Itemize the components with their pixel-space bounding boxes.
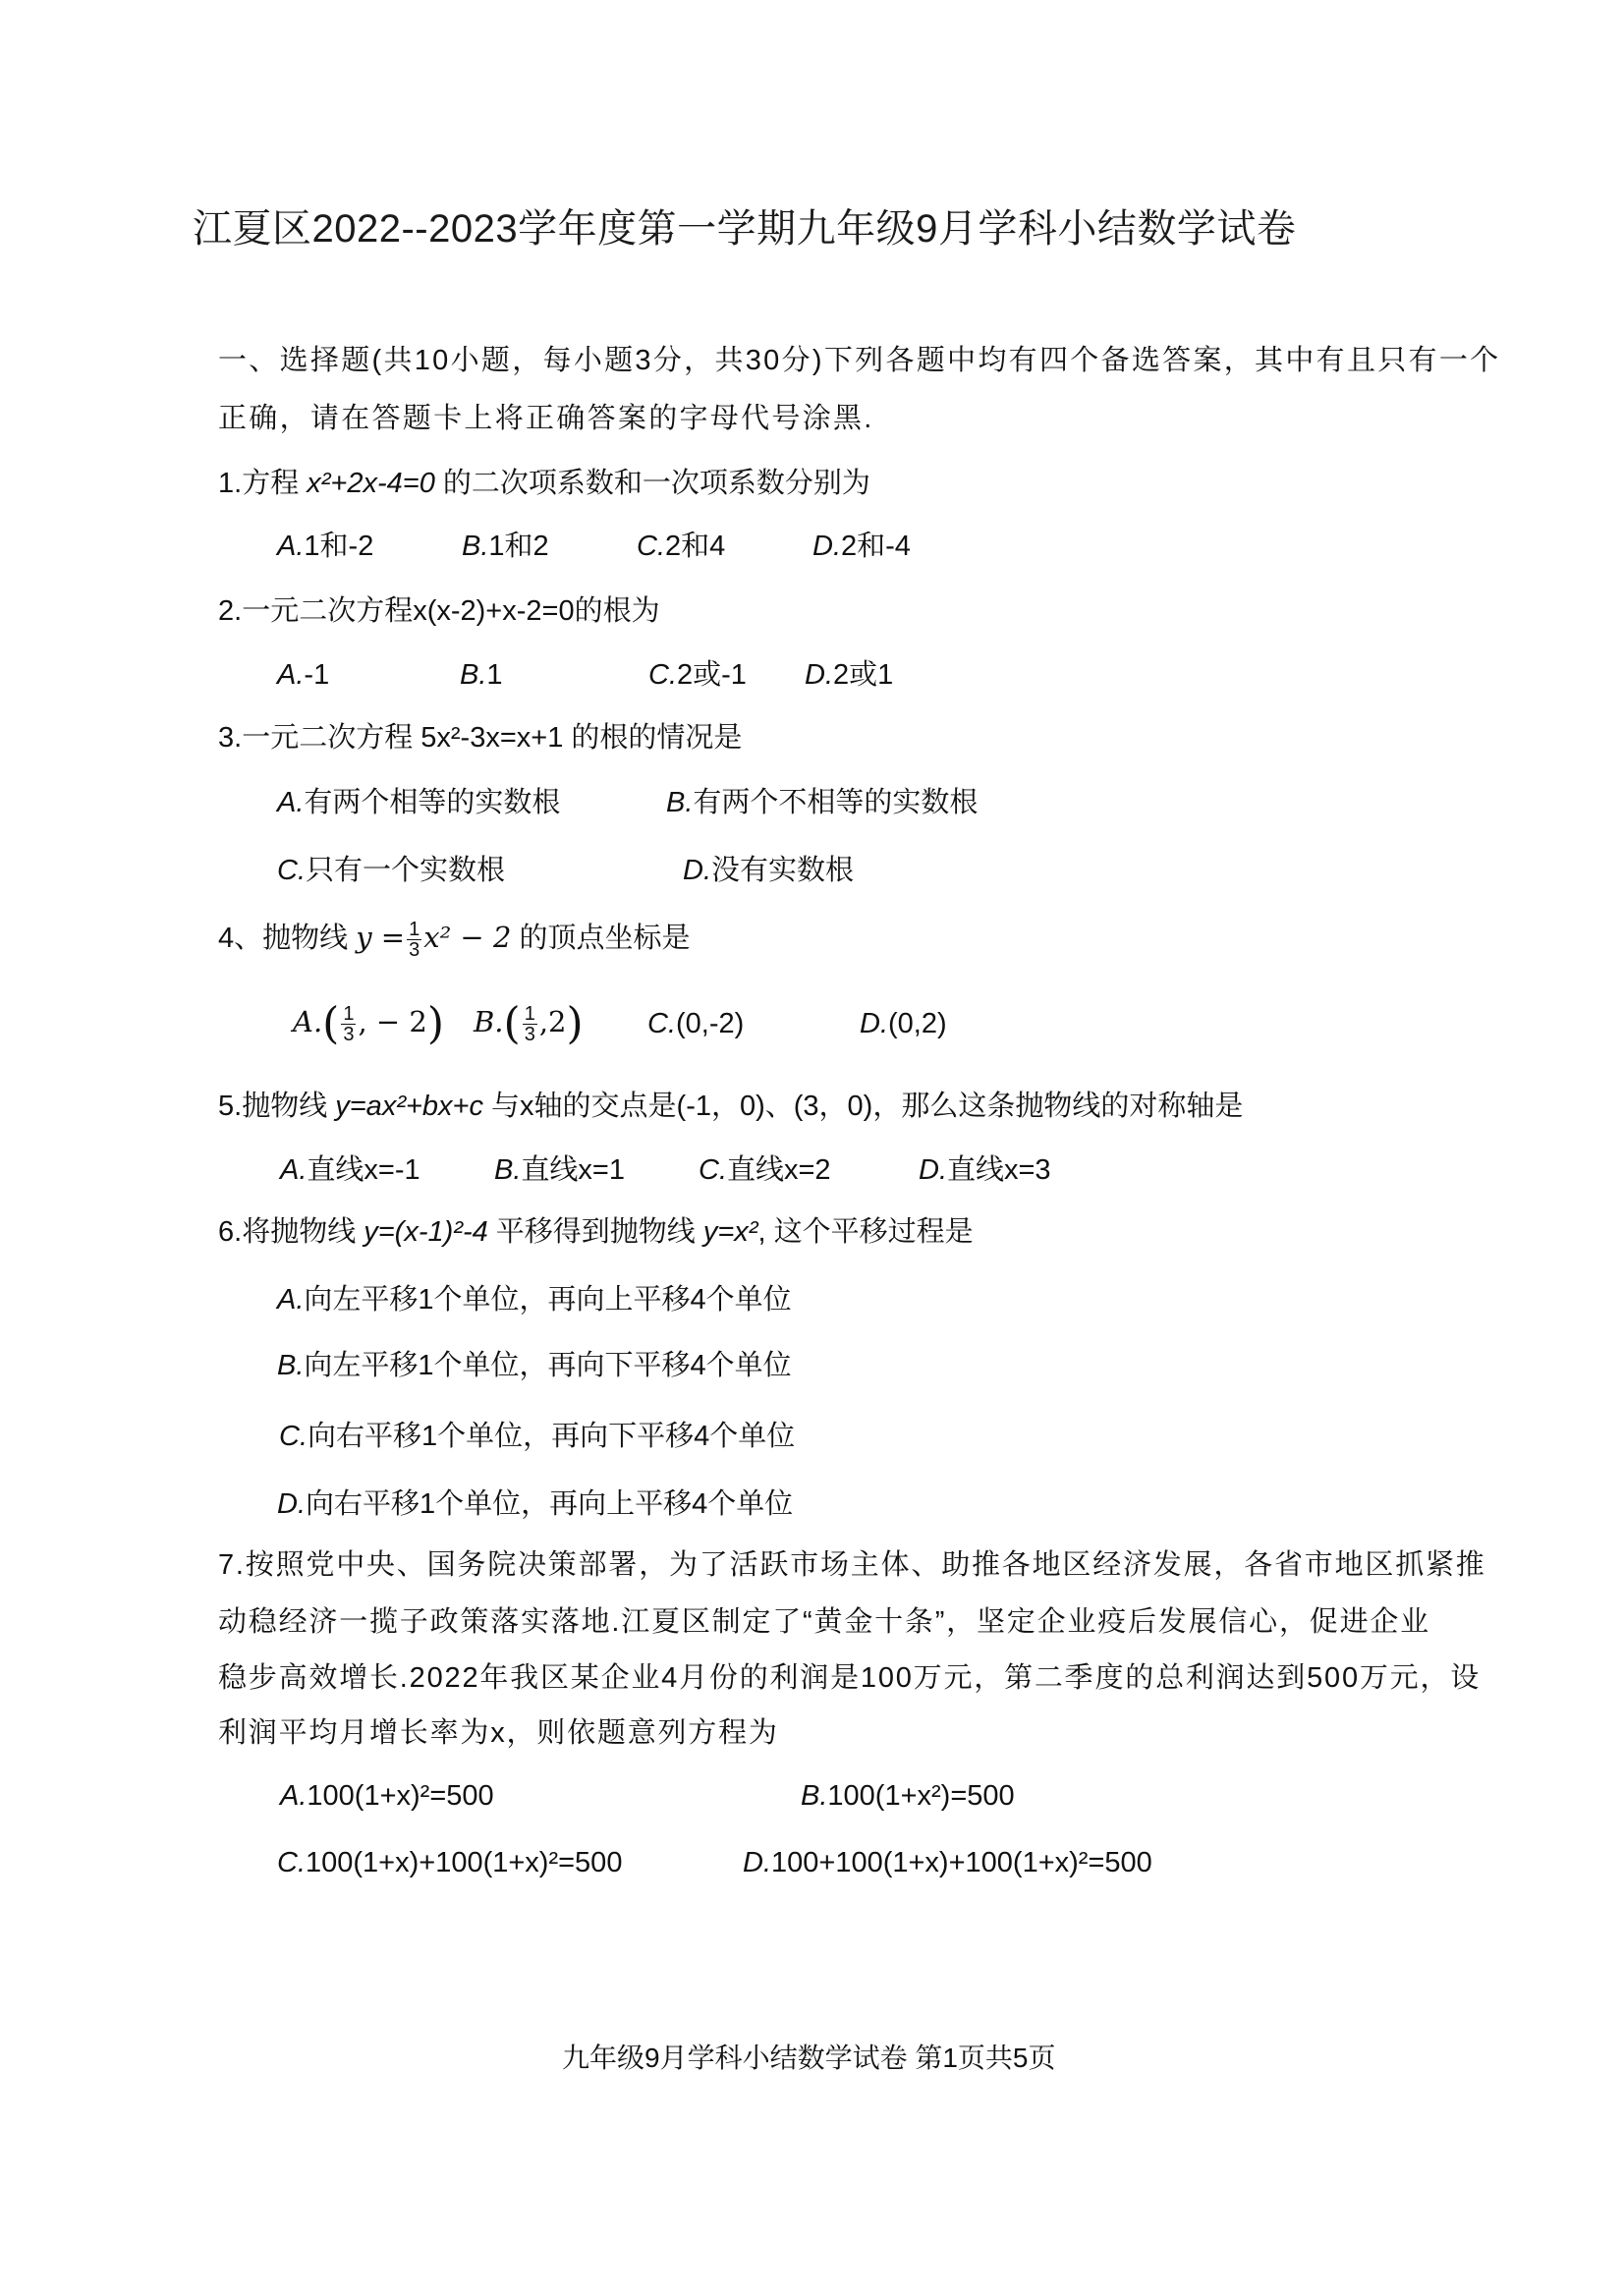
option-text: 有两个不相等的实数根 xyxy=(693,787,978,818)
question-5-option-b[interactable]: B.直线x=1 xyxy=(494,1150,625,1190)
question-number: 5. xyxy=(218,1091,242,1122)
question-number: 2. xyxy=(218,595,242,627)
question-1-option-d[interactable]: D.2和-4 xyxy=(812,527,911,566)
question-1-option-c[interactable]: C.2和4 xyxy=(637,527,725,566)
option-text: 直线x=2 xyxy=(727,1154,831,1186)
option-letter: A. xyxy=(277,787,304,818)
option-text: -1 xyxy=(304,659,329,691)
equation: y=x² xyxy=(703,1216,758,1248)
option-text: 向右平移1个单位，再向下平移4个单位 xyxy=(308,1421,795,1452)
option-letter: B. xyxy=(460,659,486,691)
option-letter: C. xyxy=(637,531,665,562)
option-letter: C. xyxy=(699,1154,727,1186)
question-number: 7. xyxy=(218,1549,246,1581)
question-1-option-a[interactable]: A.1和-2 xyxy=(277,527,373,566)
equation: 5x²-3x=x+1 xyxy=(420,722,563,754)
option-text: (0,2) xyxy=(888,1008,947,1039)
option-letter: B. xyxy=(801,1780,827,1812)
question-3-stem: 3.一元二次方程 5x²-3x=x+1 的根的情况是 xyxy=(218,718,742,757)
question-7-stem-line-3: 稳步高效增长.2022年我区某企业4月份的利润是100万元，第二季度的总利润达到… xyxy=(218,1658,1481,1698)
fraction-numerator: 1 xyxy=(341,1004,356,1025)
option-text: 向左平移1个单位，再向下平移4个单位 xyxy=(304,1350,791,1381)
question-2-option-d[interactable]: D.2或1 xyxy=(805,655,893,695)
option-letter: A. xyxy=(277,1284,304,1316)
fraction: 13 xyxy=(407,920,421,960)
stem-text: 的顶点坐标是 xyxy=(511,923,690,954)
section-instructions-line-1: 一、选择题(共10小题，每小题3分，共30分)下列各题中均有四个备选答案，其中有… xyxy=(218,341,1500,380)
question-number: 4、 xyxy=(218,923,262,954)
option-letter: C. xyxy=(279,1421,308,1452)
option-letter: D. xyxy=(919,1154,947,1186)
stem-text: 抛物线 xyxy=(242,1091,335,1122)
option-letter: D. xyxy=(812,531,841,562)
question-5-stem: 5.抛物线 y=ax²+bx+c 与x轴的交点是(-1，0)、(3，0)，那么这… xyxy=(218,1087,1243,1126)
right-paren: ) xyxy=(427,998,444,1048)
option-letter: B. xyxy=(474,1005,504,1038)
question-1-option-b[interactable]: B.1和2 xyxy=(462,527,549,566)
option-letter: C. xyxy=(648,659,677,691)
question-number: 1. xyxy=(218,468,242,499)
question-6-option-d[interactable]: D.向右平移1个单位，再向上平移4个单位 xyxy=(277,1484,793,1524)
question-5-option-a[interactable]: A.直线x=-1 xyxy=(280,1150,420,1190)
stem-text: 抛物线 xyxy=(262,923,356,954)
left-paren: ( xyxy=(504,998,521,1048)
question-3-option-d[interactable]: D.没有实数根 xyxy=(683,851,854,890)
question-2-option-a[interactable]: A.-1 xyxy=(277,655,329,695)
question-7-option-d[interactable]: D.100+100(1+x)+100(1+x)²=500 xyxy=(743,1843,1152,1882)
question-7-stem-line-4: 利润平均月增长率为x，则依题意列方程为 xyxy=(218,1713,779,1753)
question-2-option-c[interactable]: C.2或-1 xyxy=(648,655,747,695)
stem-text: 平移得到抛物线 xyxy=(488,1216,703,1248)
question-number: 3. xyxy=(218,722,242,754)
section-instructions-line-2: 正确，请在答题卡上将正确答案的字母代号涂黑. xyxy=(218,399,874,438)
equation-lhs: y = xyxy=(356,921,405,954)
stem-text: , 这个平移过程是 xyxy=(757,1216,973,1248)
question-3-option-b[interactable]: B.有两个不相等的实数根 xyxy=(666,783,978,822)
question-6-stem: 6.将抛物线 y=(x-1)²-4 平移得到抛物线 y=x², 这个平移过程是 xyxy=(218,1212,974,1252)
question-7-option-c[interactable]: C.100(1+x)+100(1+x)²=500 xyxy=(277,1843,622,1882)
option-letter: A. xyxy=(277,659,304,691)
option-text: , − 2 xyxy=(358,1005,426,1038)
question-4-stem: 4、抛物线 y =13x² − 2 的顶点坐标是 xyxy=(218,918,690,960)
question-6-option-c[interactable]: C.向右平移1个单位，再向下平移4个单位 xyxy=(279,1417,795,1456)
option-text: 有两个相等的实数根 xyxy=(304,787,560,818)
option-letter: D. xyxy=(743,1847,771,1878)
option-text: 1和-2 xyxy=(304,531,373,562)
question-2-option-b[interactable]: B.1 xyxy=(460,655,503,695)
option-letter: C. xyxy=(277,855,306,886)
option-letter: C. xyxy=(647,1008,676,1039)
page-footer: 九年级9月学科小结数学试卷 第1页共5页 xyxy=(562,2039,1056,2078)
option-text: 没有实数根 xyxy=(711,855,854,886)
option-letter: D. xyxy=(860,1008,888,1039)
fraction-denominator: 3 xyxy=(409,940,420,960)
option-text: 2或-1 xyxy=(677,659,747,691)
option-text: 100(1+x²)=500 xyxy=(827,1780,1014,1812)
question-6-option-b[interactable]: B.向左平移1个单位，再向下平移4个单位 xyxy=(277,1346,792,1385)
question-4-option-a[interactable]: A.(13, − 2) xyxy=(293,1002,444,1044)
question-3-option-a[interactable]: A.有两个相等的实数根 xyxy=(277,783,560,822)
option-text: 100(1+x)+100(1+x)²=500 xyxy=(306,1847,622,1878)
stem-text: 按照党中央、国务院决策部署，为了活跃市场主体、助推各地区经济发展，各省市地区抓紧… xyxy=(246,1549,1486,1581)
question-7-stem-line-1: 7.按照党中央、国务院决策部署，为了活跃市场主体、助推各地区经济发展，各省市地区… xyxy=(218,1545,1486,1585)
fraction-denominator: 3 xyxy=(525,1025,535,1044)
option-text: 直线x=-1 xyxy=(307,1154,420,1186)
question-number: 6. xyxy=(218,1216,242,1248)
fraction: 13 xyxy=(341,1004,356,1044)
question-5-option-d[interactable]: D.直线x=3 xyxy=(919,1150,1051,1190)
option-text: 2和4 xyxy=(665,531,725,562)
option-letter: B. xyxy=(666,787,693,818)
option-letter: B. xyxy=(494,1154,521,1186)
option-letter: A. xyxy=(280,1154,307,1186)
equation: y=(x-1)²-4 xyxy=(364,1216,487,1248)
question-5-option-c[interactable]: C.直线x=2 xyxy=(699,1150,831,1190)
stem-text: 将抛物线 xyxy=(242,1216,364,1248)
option-letter: B. xyxy=(462,531,488,562)
option-letter: D. xyxy=(805,659,833,691)
question-3-option-c[interactable]: C.只有一个实数根 xyxy=(277,851,505,890)
option-text: 2或1 xyxy=(833,659,893,691)
fraction-numerator: 1 xyxy=(407,920,421,940)
fraction-numerator: 1 xyxy=(523,1004,537,1025)
option-letter: A. xyxy=(280,1780,307,1812)
option-text: 直线x=3 xyxy=(947,1154,1051,1186)
option-text: 100(1+x)²=500 xyxy=(307,1780,493,1812)
option-letter: B. xyxy=(277,1350,304,1381)
option-letter: D. xyxy=(683,855,711,886)
stem-text: 一元二次方程 xyxy=(242,722,420,754)
stem-text: 方程 xyxy=(242,468,307,499)
option-text: 向右平移1个单位，再向上平移4个单位 xyxy=(306,1488,793,1520)
stem-text: 的二次项系数和一次项系数分别为 xyxy=(435,468,870,499)
question-4-option-b[interactable]: B.(13,2) xyxy=(474,1002,584,1044)
right-paren: ) xyxy=(567,998,584,1048)
page-title: 江夏区2022--2023学年度第一学期九年级9月学科小结数学试卷 xyxy=(193,202,1296,255)
fraction-denominator: 3 xyxy=(343,1025,354,1044)
question-6-option-a[interactable]: A.向左平移1个单位，再向上平移4个单位 xyxy=(277,1280,792,1319)
question-4-option-c[interactable]: C.(0,-2) xyxy=(647,1004,744,1043)
option-letter: C. xyxy=(277,1847,306,1878)
equation-rhs: x² − 2 xyxy=(423,921,511,954)
option-letter: A. xyxy=(277,531,304,562)
option-text: 1和2 xyxy=(488,531,548,562)
fraction: 13 xyxy=(523,1004,537,1044)
equation: y=ax²+bx+c xyxy=(335,1091,483,1122)
option-text: (0,-2) xyxy=(676,1008,744,1039)
option-text: 100+100(1+x)+100(1+x)²=500 xyxy=(771,1847,1152,1878)
option-text: 向左平移1个单位，再向上平移4个单位 xyxy=(304,1284,791,1316)
question-7-option-b[interactable]: B.100(1+x²)=500 xyxy=(801,1776,1015,1816)
option-text: 2和-4 xyxy=(841,531,911,562)
equation: x²+2x-4=0 xyxy=(307,468,435,499)
stem-text: 与x轴的交点是(-1，0)、(3，0)，那么这条抛物线的对称轴是 xyxy=(483,1091,1243,1122)
option-text: 只有一个实数根 xyxy=(306,855,505,886)
question-1-stem: 1.方程 x²+2x-4=0 的二次项系数和一次项系数分别为 xyxy=(218,464,870,503)
left-paren: ( xyxy=(322,998,339,1048)
question-7-stem-line-2: 动稳经济一揽子政策落实落地.江夏区制定了“黄金十条”，坚定企业疫后发展信心，促进… xyxy=(218,1602,1430,1642)
stem-text: 的根的情况是 xyxy=(563,722,742,754)
question-7-option-a[interactable]: A.100(1+x)²=500 xyxy=(280,1776,494,1816)
question-2-stem: 2.一元二次方程x(x-2)+x-2=0的根为 xyxy=(218,591,660,631)
stem-text: 一元二次方程x(x-2)+x-2=0的根为 xyxy=(242,595,659,627)
option-text: 直线x=1 xyxy=(521,1154,625,1186)
option-letter: A. xyxy=(293,1005,322,1038)
question-4-option-d[interactable]: D.(0,2) xyxy=(860,1004,947,1043)
option-text: ,2 xyxy=(539,1005,567,1038)
option-letter: D. xyxy=(277,1488,306,1520)
option-text: 1 xyxy=(486,659,502,691)
